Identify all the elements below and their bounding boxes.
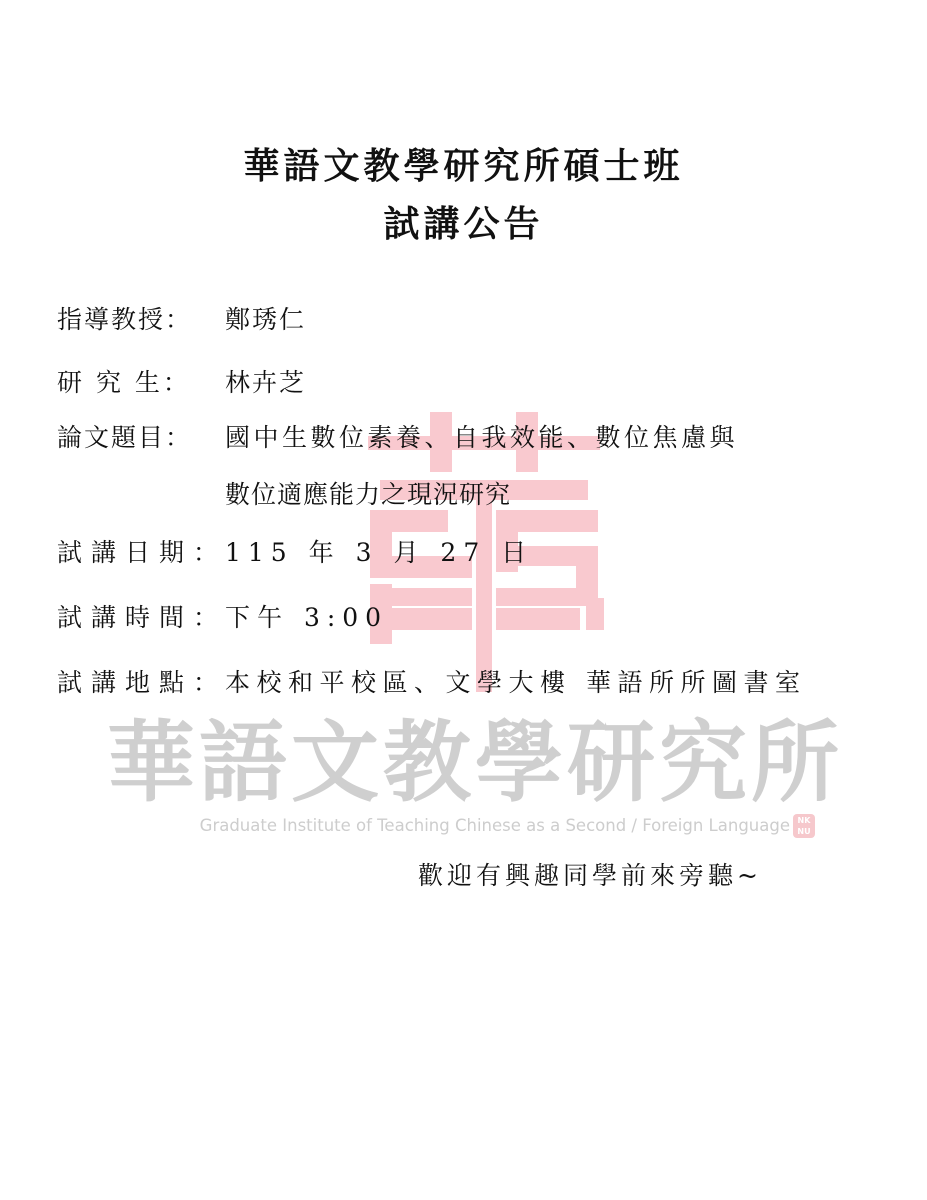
- page-title-line1: 華語文教學研究所碩士班: [0, 138, 927, 189]
- field-thesis: 論文題目： 國中生數位素養、自我效能、數位焦慮與: [57, 421, 225, 455]
- date-value: 115 年 3 月 27 日: [225, 536, 533, 570]
- nknu-badge-icon: NK NU: [793, 814, 815, 838]
- field-date: 試講日期： 115 年 3 月 27 日: [57, 536, 225, 570]
- time-value: 下午 3:00: [225, 601, 388, 635]
- advisor-label: 指導教授：: [57, 303, 225, 337]
- student-value: 林卉芝: [225, 366, 306, 400]
- field-time: 試講時間： 下午 3:00: [57, 601, 225, 635]
- location-label: 試講地點：: [57, 666, 225, 700]
- date-label: 試講日期：: [57, 536, 225, 570]
- field-location: 試講地點： 本校和平校區、文學大樓 華語所所圖書室: [57, 666, 225, 700]
- field-advisor: 指導教授： 鄭琇仁: [57, 303, 225, 337]
- watermark-chinese: 華語文教學研究所: [100, 712, 850, 812]
- advisor-value: 鄭琇仁: [225, 303, 306, 337]
- student-label: 研 究 生：: [57, 366, 225, 400]
- badge-line1: NK: [798, 816, 811, 825]
- welcome-message: 歡迎有興趣同學前來旁聽~: [418, 856, 762, 892]
- badge-line2: NU: [797, 827, 810, 836]
- page-title-line2: 試講公告: [0, 196, 927, 247]
- thesis-value-line2: 數位適應能力之現況研究: [225, 475, 511, 511]
- thesis-label: 論文題目：: [57, 421, 225, 455]
- thesis-value-line1: 國中生數位素養、自我效能、數位焦慮與: [225, 421, 738, 455]
- field-student: 研 究 生： 林卉芝: [57, 366, 225, 400]
- watermark-english: Graduate Institute of Teaching Chinese a…: [150, 816, 790, 835]
- location-value: 本校和平校區、文學大樓 華語所所圖書室: [225, 666, 806, 700]
- time-label: 試講時間：: [57, 601, 225, 635]
